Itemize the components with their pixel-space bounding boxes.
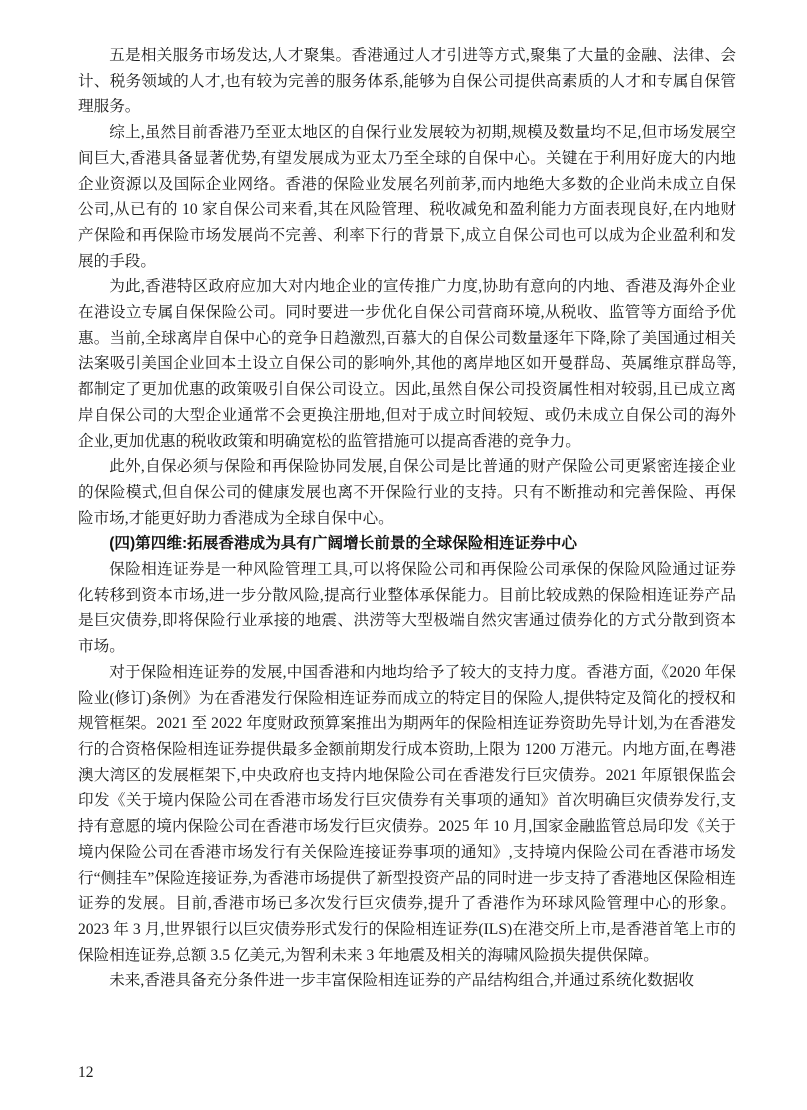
paragraph-captive-synergy: 此外,自保必须与保险和再保险协同发展,自保公司是比普通的财产保险公司更紧密连接企… xyxy=(78,454,736,531)
paragraph-government-promotion: 为此,香港特区政府应加大对内地企业的宣传推广力度,协助有意向的内地、香港及海外企… xyxy=(78,274,736,454)
paragraph-ils-intro: 保险相连证券是一种风险管理工具,可以将保险公司和再保险公司承保的保险风险通过证券… xyxy=(78,557,736,660)
document-page: 五是相关服务市场发达,人才聚集。香港通过人才引进等方式,聚集了大量的金融、法律、… xyxy=(0,0,807,1110)
section-heading-fourth-dimension: (四)第四维:拓展香港成为具有广阔增长前景的全球保险相连证券中心 xyxy=(78,531,736,557)
paragraph-ils-policy-support: 对于保险相连证券的发展,中国香港和内地均给予了较大的支持力度。香港方面,《202… xyxy=(78,660,736,968)
page-number: 12 xyxy=(78,1063,94,1083)
paragraph-summary-captive: 综上,虽然目前香港乃至亚太地区的自保行业发展较为初期,规模及数量均不足,但市场发… xyxy=(78,120,736,274)
paragraph-future-outlook: 未来,香港具备充分条件进一步丰富保险相连证券的产品结构组合,并通过系统化数据收 xyxy=(78,968,736,994)
paragraph-services-market: 五是相关服务市场发达,人才聚集。香港通过人才引进等方式,聚集了大量的金融、法律、… xyxy=(78,43,736,120)
